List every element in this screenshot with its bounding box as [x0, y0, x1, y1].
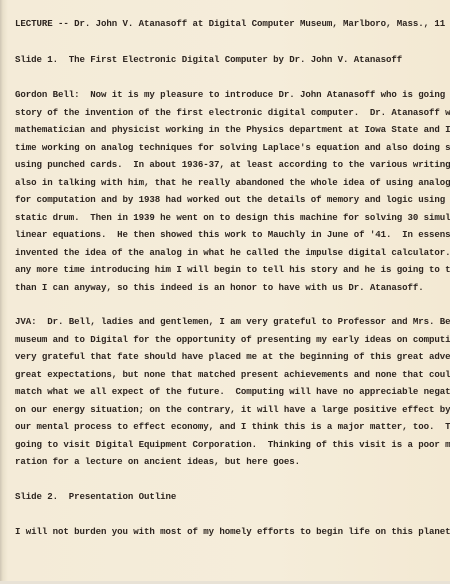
text-line: linear equations. He then showed this wo… [15, 229, 450, 241]
text-line: on our energy situation; on the contrary… [15, 404, 450, 416]
text-line: static drum. Then in 1939 he went on to … [15, 212, 450, 224]
slide-1-heading: Slide 1. The First Electronic Digital Co… [15, 54, 402, 66]
typewritten-page: LECTURE -- Dr. John V. Atanasoff at Digi… [0, 0, 450, 584]
text-line: any more time introducing him I will beg… [15, 264, 450, 276]
document-header: LECTURE -- Dr. John V. Atanasoff at Digi… [15, 18, 450, 30]
text-line: using punched cards. In about 1936-37, a… [15, 159, 450, 171]
text-line: mathematician and physicist working in t… [15, 124, 450, 136]
text-line: Gordon Bell: Now it is my pleasure to in… [15, 89, 450, 101]
text-line: JVA: Dr. Bell, ladies and gentlemen, I a… [15, 316, 450, 328]
text-line: I will not burden you with most of my ho… [15, 526, 450, 538]
text-line: story of the invention of the first elec… [15, 107, 450, 119]
slide-2-heading: Slide 2. Presentation Outline [15, 491, 176, 503]
text-line: than I can anyway, so this indeed is an … [15, 282, 424, 294]
text-line: very grateful that fate should have plac… [15, 351, 450, 363]
text-line: invented the idea of the analog in what … [15, 247, 450, 259]
text-line: ration for a lecture on ancient ideas, b… [15, 456, 300, 468]
text-line: museum and to Digital for the opportunit… [15, 334, 450, 346]
text-line: for computation and by 1938 had worked o… [15, 194, 450, 206]
text-line: going to visit Digital Equipment Corpora… [15, 439, 450, 451]
text-line: our mental process to effect economy, an… [15, 421, 450, 433]
text-line: also in talking with him, that he really… [15, 177, 450, 189]
text-line: time working on analog techniques for so… [15, 142, 450, 154]
text-line: match what we all expect of the future. … [15, 386, 450, 398]
text-line: great expectations, but none that matche… [15, 369, 450, 381]
